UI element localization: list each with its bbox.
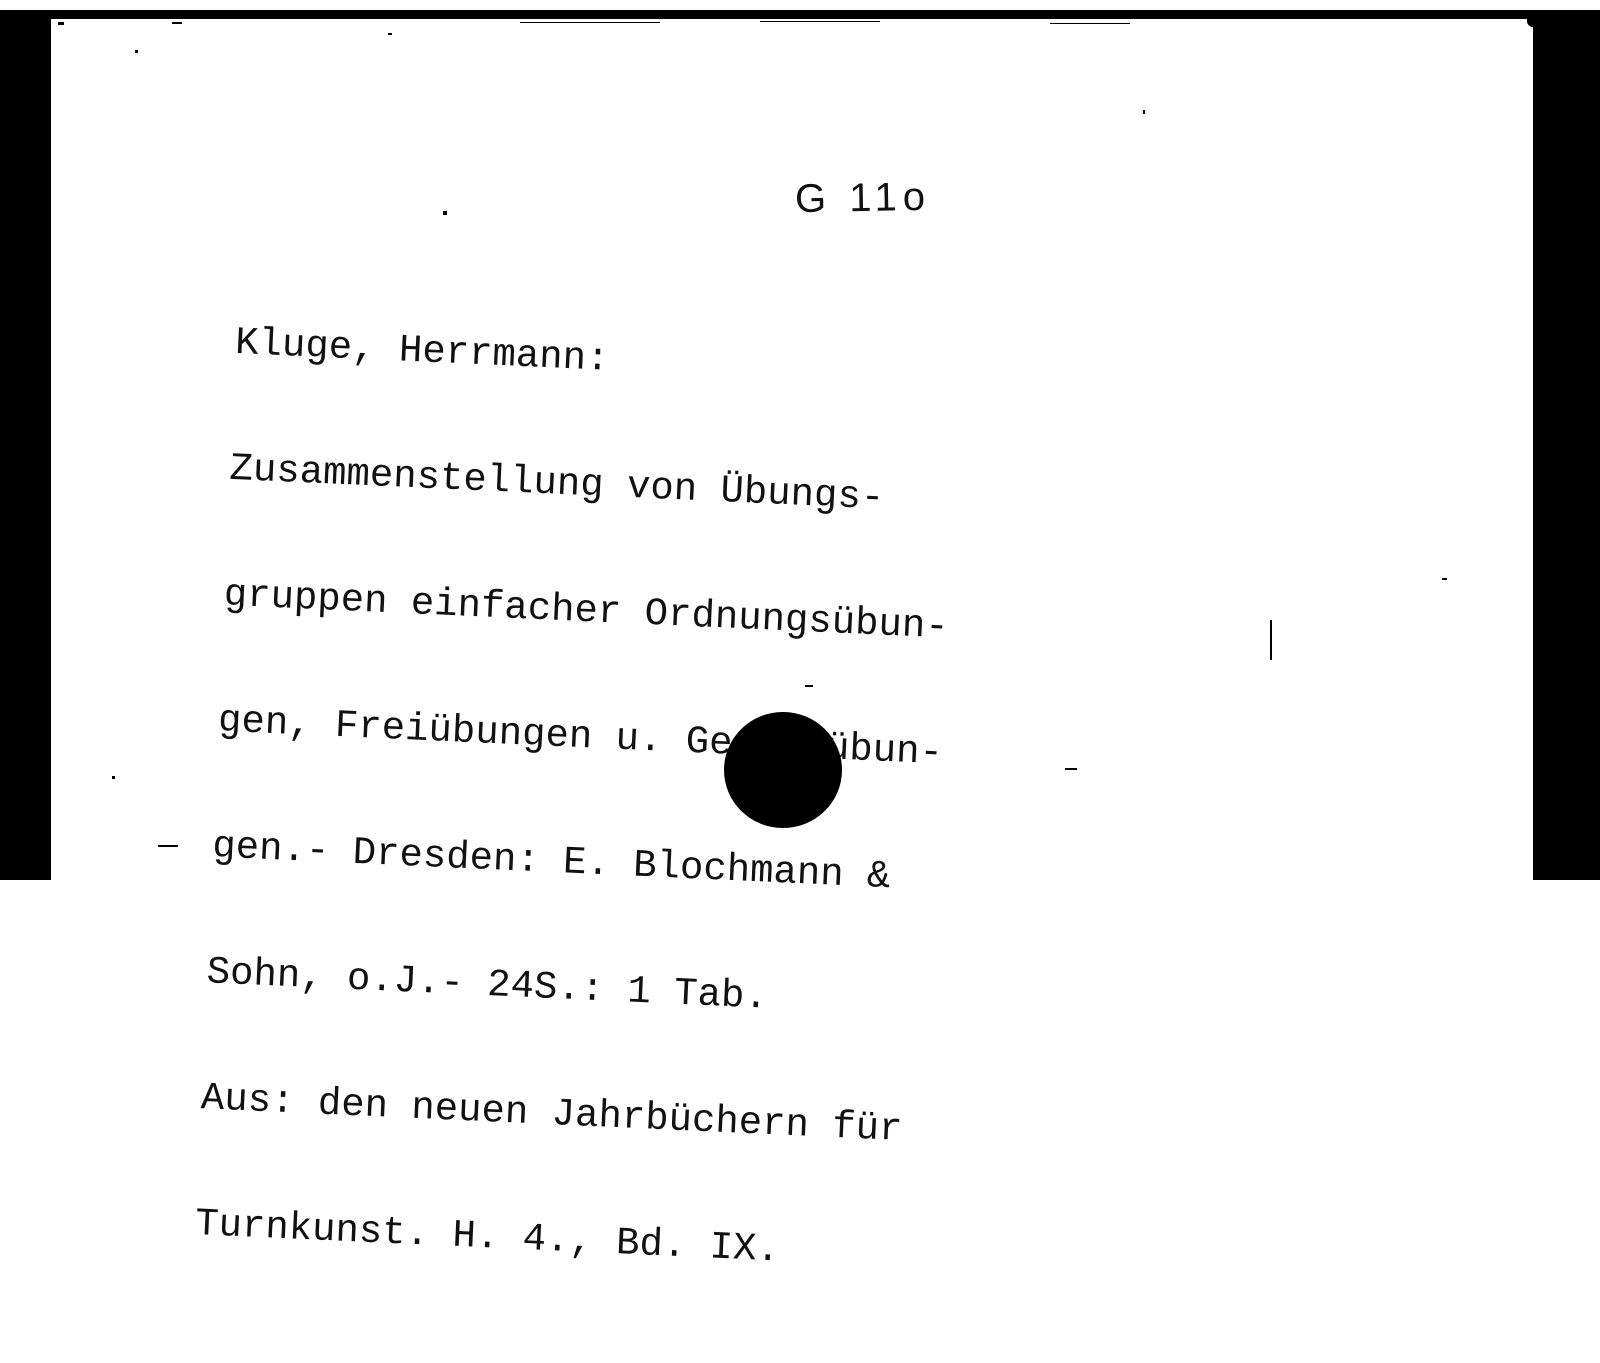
scan-speck: [1442, 578, 1447, 580]
entry-line: gruppen einfacher Ordnungsübun-: [223, 574, 950, 649]
punch-hole: [724, 712, 842, 828]
entry-line-author: Kluge, Herrmann:: [234, 322, 961, 397]
bibliographic-entry: Kluge, Herrmann: Zusammenstellung von Üb…: [190, 238, 964, 880]
scan-speck: [58, 22, 64, 25]
entry-line: Zusammenstellung von Übungs-: [229, 448, 956, 523]
scanned-catalog-card-page: G 11o Kluge, Herrmann: Zusammenstellung …: [0, 0, 1600, 880]
scan-speck: [1143, 110, 1145, 114]
scan-speck: [760, 21, 880, 22]
scan-right-border: [1533, 10, 1600, 880]
call-number: G 11o: [795, 175, 932, 222]
scan-top-border: [0, 10, 1600, 19]
scan-speck: [1050, 23, 1130, 24]
scan-speck: [388, 33, 392, 35]
scan-left-border: [0, 10, 51, 880]
scan-speck: [520, 22, 660, 23]
scan-speck: [112, 776, 115, 779]
scan-speck: [158, 845, 178, 847]
scan-speck: [805, 685, 813, 687]
entry-line: gen.- Dresden: E. Blochmann &: [211, 825, 938, 880]
scan-speck: [135, 50, 138, 53]
scan-speck: [1065, 768, 1077, 770]
scan-speck: [1270, 620, 1272, 660]
scan-speck: [443, 211, 447, 215]
scan-speck: [172, 22, 182, 24]
